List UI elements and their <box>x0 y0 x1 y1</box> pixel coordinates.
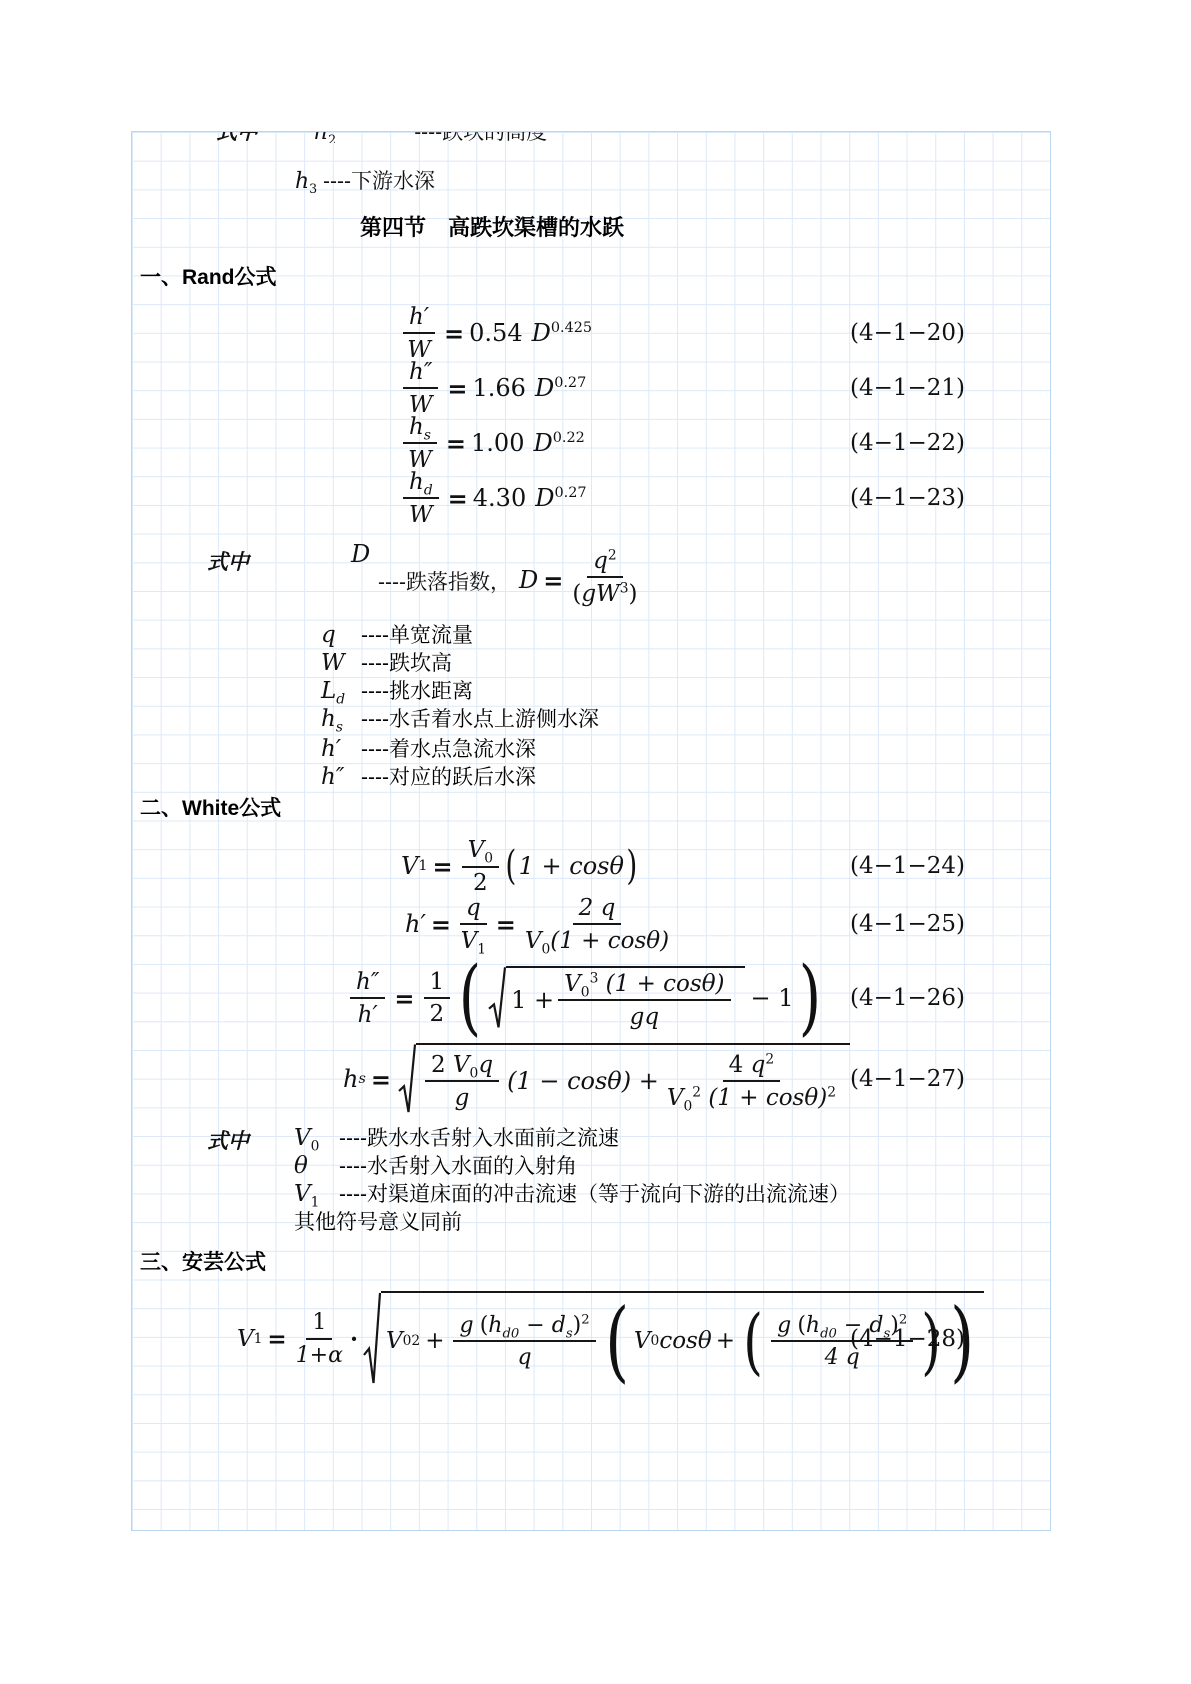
equation-4-1-25: h′ = qV1 = 2 qV0(1 + cosθ) (4−1−25) <box>405 895 1050 953</box>
math-sub: s <box>566 1326 573 1341</box>
paren-close: ) <box>626 848 637 884</box>
math-var: q <box>751 1052 766 1078</box>
math-var: h <box>314 132 328 143</box>
equation-4-1-24: V1 = V02 ( 1 + cosθ ) (4−1−24) <box>401 837 1050 895</box>
definition-text: ----着水点急流水深 <box>361 733 536 763</box>
clipped-top-line: 式中h2----跌坎的高度 <box>216 132 776 143</box>
plus-sign: + <box>716 1328 735 1354</box>
plus-sign: + <box>425 1328 444 1354</box>
fraction: g (hd0 − ds)2 q <box>453 1312 595 1371</box>
math-var: V <box>564 971 581 997</box>
math-sub: d <box>424 482 433 498</box>
fraction: V02 <box>462 836 499 896</box>
math-sub: 3 <box>309 181 317 196</box>
radical: 1 + V03 (1 + cosθ) gq <box>488 966 744 1030</box>
radical-sign <box>363 1291 381 1387</box>
math-var: q <box>517 1345 531 1370</box>
fraction: hsW <box>403 413 437 474</box>
math-var: h <box>409 414 424 440</box>
definition-text: ----跌坎高 <box>361 647 452 677</box>
math-expr: (1 + cosθ) <box>598 971 724 997</box>
fraction: hdW <box>403 468 439 529</box>
definition-row-Ld: Ld ----挑水距离 <box>321 675 473 705</box>
math-var: h <box>409 469 424 495</box>
multiplication-dot: · <box>350 1326 358 1353</box>
equation-label: (4−1−21) <box>850 375 965 401</box>
exponent: 0.27 <box>554 375 586 391</box>
math-var: W <box>409 502 433 528</box>
equals-sign: = <box>496 910 516 939</box>
math-num: 2 <box>431 1052 453 1078</box>
equals-sign: = <box>394 984 414 1013</box>
other-symbols-note: 其他符号意义同前 <box>294 1206 462 1236</box>
paren: ) <box>573 1313 582 1338</box>
math-var: D <box>535 374 554 402</box>
heading-white: 二、White公式 <box>140 792 281 822</box>
math-var: h″ <box>409 359 432 385</box>
definition-row-hs: hs ----水舌着水点上游侧水深 <box>321 703 599 733</box>
math-sub: d0 <box>502 1326 519 1341</box>
clipped-definition-text: ----跌坎的高度 <box>414 132 547 143</box>
equals-sign: = <box>267 1326 286 1353</box>
math-expr: (1 − cosθ) + <box>507 1067 659 1095</box>
heading-aki: 三、安芸公式 <box>140 1246 266 1276</box>
math-sub: d0 <box>820 1326 837 1341</box>
radical-sign <box>488 966 506 1030</box>
math-var: g <box>455 1085 470 1111</box>
equation-label: (4−1−27) <box>850 1066 965 1092</box>
equals-sign: = <box>371 1065 391 1094</box>
equals-sign: = <box>448 484 468 513</box>
math-sub: 0 <box>484 851 493 867</box>
math-var: V <box>237 1326 254 1352</box>
paren-close: ) <box>798 961 820 1035</box>
fraction: 2 qV0(1 + cosθ) <box>525 894 669 955</box>
coefficient: 0.54 <box>469 319 522 347</box>
exponent: 0.22 <box>553 430 585 446</box>
equation-4-1-27: hs = 2 V0q g (1 − cosθ) + 4 q2 V02 (1 + … <box>343 1037 1050 1121</box>
radical: 2 V0q g (1 − cosθ) + 4 q2 V02 (1 + cosθ)… <box>398 1043 850 1115</box>
equals-sign: = <box>444 319 464 348</box>
drop-index-definition: ----跌落指数， D = q2 (gW3) <box>378 544 641 610</box>
equation-label: (4−1−26) <box>850 985 965 1011</box>
minus-sign: − <box>519 1313 551 1338</box>
math-sub: 0 <box>470 1065 479 1081</box>
equation-label: (4−1−20) <box>850 320 965 346</box>
fraction: 12 <box>424 969 451 1028</box>
math-var: V <box>401 852 418 880</box>
math-var: q <box>321 622 336 648</box>
definition-text: ----挑水距离 <box>361 675 473 705</box>
math-var: V <box>294 1125 311 1151</box>
math-expr: (1 + cosθ) <box>550 928 669 954</box>
definition-row-W: W ----跌坎高 <box>321 647 452 677</box>
definition-row-hprime: h′ ----着水点急流水深 <box>321 733 536 763</box>
math-num: 2 <box>473 868 488 896</box>
heading-rand: 一、Rand公式 <box>140 261 277 291</box>
math-var: h <box>321 706 336 732</box>
math-var: h <box>488 1313 502 1338</box>
equation-label: (4−1−24) <box>850 853 965 879</box>
equation-4-1-20: h′W = 0.54 D0.425 (4−1−20) <box>399 306 1050 360</box>
math-var: h″ <box>356 969 379 995</box>
fraction: q2 (gW3) <box>572 547 637 608</box>
math-expr: 1 + cosθ <box>519 852 624 880</box>
math-expr: 2 q <box>579 895 616 921</box>
math-var: D <box>535 484 554 512</box>
math-var: h′ <box>409 304 429 330</box>
where-label: 式中 <box>207 1125 249 1155</box>
definition-row-theta: θ ----水舌射入水面的入射角 <box>294 1150 577 1180</box>
definition-text: ----水舌射入水面的入射角 <box>339 1150 577 1180</box>
math-var: V <box>468 837 485 863</box>
math-var: g <box>459 1313 473 1338</box>
definition-text: ----对应的跃后水深 <box>361 761 536 791</box>
math-var: q <box>593 548 608 574</box>
radical-sign <box>398 1043 416 1115</box>
math-sub: s <box>424 427 431 443</box>
exponent: 0.425 <box>551 320 592 336</box>
fraction: 11+α <box>296 1310 343 1368</box>
math-sub: 2 <box>328 132 336 143</box>
equation-label: (4−1−28) <box>850 1326 965 1352</box>
definition-text: ----水舌着水点上游侧水深 <box>361 703 599 733</box>
equation-4-1-28: V1 = 11+α · V02 + g (hd0 − ds)2 q ( V0co… <box>237 1284 1050 1394</box>
equation-4-1-26: h″h′ = 12 ( 1 + V03 (1 + cosθ) gq − 1 ) … <box>346 955 1050 1041</box>
fraction: V03 (1 + cosθ) gq <box>558 970 730 1031</box>
paren-open: ( <box>459 961 481 1035</box>
definition-row-hdprime: h″ ----对应的跃后水深 <box>321 761 536 791</box>
math-var: L <box>321 678 336 704</box>
math-var: h″ <box>321 764 344 790</box>
coefficient: 1.66 <box>473 374 526 402</box>
equals-sign: = <box>433 852 453 881</box>
exponent: 2 <box>827 1084 836 1100</box>
math-var: h <box>806 1313 820 1338</box>
math-expr: − 1 <box>751 984 794 1012</box>
paren-open: ( <box>505 848 516 884</box>
math-var: W <box>321 650 345 676</box>
math-sub: 0 <box>683 1099 692 1115</box>
exponent: 2 <box>692 1084 701 1100</box>
math-var-D: D <box>351 540 370 568</box>
equals-sign: = <box>446 429 466 458</box>
math-var: d <box>552 1313 566 1338</box>
definition-text: ----跌落指数， <box>378 566 511 596</box>
definition-text: ----对渠道床面的冲击流速（等于流向下游的出流流速） <box>339 1178 850 1208</box>
math-var: V <box>525 928 542 954</box>
definition-row-q: q ----单宽流量 <box>321 619 473 649</box>
equals-sign: = <box>447 374 467 403</box>
equation-label: (4−1−23) <box>850 485 965 511</box>
math-var: V <box>667 1085 684 1111</box>
exponent: 0.27 <box>554 485 586 501</box>
math-var: V <box>453 1052 470 1078</box>
math-num: 1 <box>424 969 451 999</box>
math-var: V <box>294 1181 311 1207</box>
fraction: 4 q2 V02 (1 + cosθ)2 <box>667 1051 836 1112</box>
definition-text: ----单宽流量 <box>361 619 473 649</box>
exponent: 2 <box>765 1051 774 1067</box>
math-var: h′ <box>405 910 426 938</box>
math-var: gW <box>581 581 619 607</box>
math-var: q <box>478 1052 493 1078</box>
paren: ( <box>797 1313 806 1338</box>
paren-open: ( <box>605 1301 629 1380</box>
equation-4-1-21: h″W = 1.66 D0.27 (4−1−21) <box>399 361 1050 415</box>
where-label: 式中 <box>207 546 249 576</box>
coefficient: 1.00 <box>471 429 524 457</box>
math-var: D <box>533 429 552 457</box>
math-num: 1 <box>306 1310 332 1339</box>
downstream-depth-line: h3 ----下游水深 <box>295 165 435 195</box>
math-num: 2 <box>430 999 445 1027</box>
math-var: g <box>777 1313 791 1338</box>
math-var: gq <box>630 1004 659 1030</box>
where-label-clipped: 式中 <box>216 132 258 143</box>
exponent: 2 <box>581 1312 589 1327</box>
paren: ) <box>628 581 637 607</box>
math-num: 1 + <box>511 986 554 1014</box>
fraction: h″h′ <box>350 968 385 1029</box>
math-expr: (1 + cosθ) <box>701 1085 827 1111</box>
definition-text: ----下游水深 <box>323 170 435 193</box>
section-title: 第四节 高跌坎渠槽的水跃 <box>360 211 624 242</box>
equation-4-1-22: hsW = 1.00 D0.22 (4−1−22) <box>399 416 1050 470</box>
fraction: h″W <box>403 358 438 419</box>
math-expr: cosθ <box>659 1328 711 1354</box>
math-var: h <box>343 1065 358 1093</box>
paren: ( <box>572 581 581 607</box>
math-var: h <box>295 169 309 194</box>
math-sub: 0 <box>581 984 590 1000</box>
math-var: q <box>466 895 481 921</box>
coefficient: 4.30 <box>473 484 526 512</box>
equation-4-1-23: hdW = 4.30 D0.27 (4−1−23) <box>399 471 1050 525</box>
math-var: D <box>532 319 551 347</box>
definition-text: ----跌水水舌射入水面前之流速 <box>339 1122 619 1152</box>
exponent: 2 <box>608 547 617 563</box>
definition-row-V1: V1 ----对渠道床面的冲击流速（等于流向下游的出流流速） <box>294 1178 850 1208</box>
math-expr: 1+α <box>296 1343 343 1368</box>
paren: ( <box>480 1313 489 1338</box>
paren-open: ( <box>743 1309 763 1374</box>
math-var: h′ <box>321 736 341 762</box>
equation-label: (4−1−25) <box>850 911 965 937</box>
fraction: qV1 <box>460 894 487 955</box>
grid-paper-page: 式中h2----跌坎的高度 h3 ----下游水深 第四节 高跌坎渠槽的水跃 一… <box>131 131 1051 1531</box>
fraction: 2 V0q g <box>425 1051 499 1112</box>
definition-row-V0: V0 ----跌水水舌射入水面前之流速 <box>294 1122 619 1152</box>
math-var: D <box>519 566 538 594</box>
math-var: θ <box>294 1153 308 1179</box>
math-var: V <box>386 1328 403 1354</box>
equals-sign: = <box>431 910 451 939</box>
fraction: h′W <box>403 303 435 364</box>
equation-label: (4−1−22) <box>850 430 965 456</box>
math-var: h′ <box>358 1002 378 1028</box>
math-var: V <box>634 1328 651 1354</box>
math-num: 4 <box>729 1052 751 1078</box>
definition-text: 其他符号意义同前 <box>294 1206 462 1236</box>
equals-sign: = <box>543 566 563 595</box>
